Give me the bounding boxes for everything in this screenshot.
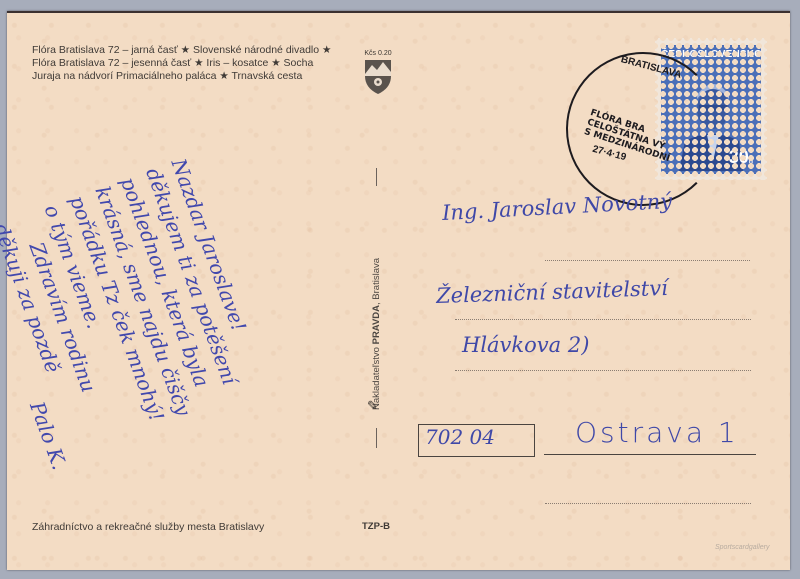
footer-credit: Záhradníctvo a rekreačné služby mesta Br… bbox=[32, 521, 264, 533]
recipient-zip: 702 04 bbox=[425, 425, 495, 449]
stamp-value: 30h bbox=[729, 147, 753, 168]
divider-top bbox=[376, 168, 377, 186]
publisher-imprint: Nakladateľstvo PRAVDA, Bratislava bbox=[371, 200, 383, 410]
address-line-5 bbox=[545, 503, 751, 504]
divider-bottom bbox=[376, 428, 377, 448]
recipient-city: Ostrava 1 bbox=[575, 416, 739, 449]
address-line-3 bbox=[455, 370, 751, 371]
publisher-suffix: , Bratislava bbox=[371, 258, 382, 305]
stamp-value-number: 30 bbox=[729, 147, 749, 167]
address-line-2 bbox=[455, 319, 751, 320]
stamp-country: ČESKOSLOVENSKO bbox=[661, 49, 761, 60]
address-line-1 bbox=[545, 260, 750, 261]
mountain-edelweiss-shield-icon: Kčs 0.20 bbox=[350, 46, 406, 102]
pravda-bird-logo-icon: ✎ bbox=[367, 398, 378, 414]
recipient-street: Hlávkova 2) bbox=[462, 333, 589, 357]
city-line bbox=[544, 454, 756, 455]
publisher-name: PRAVDA bbox=[371, 305, 382, 344]
stamp-value-unit: h bbox=[749, 158, 753, 165]
picture-caption: Flóra Bratislava 72 – jarná časť ★ Slove… bbox=[32, 44, 332, 83]
catalog-code: TZP-B bbox=[362, 521, 390, 532]
price-label: Kčs 0.20 bbox=[364, 50, 391, 57]
watermark: Sportscardgallery bbox=[715, 544, 769, 551]
